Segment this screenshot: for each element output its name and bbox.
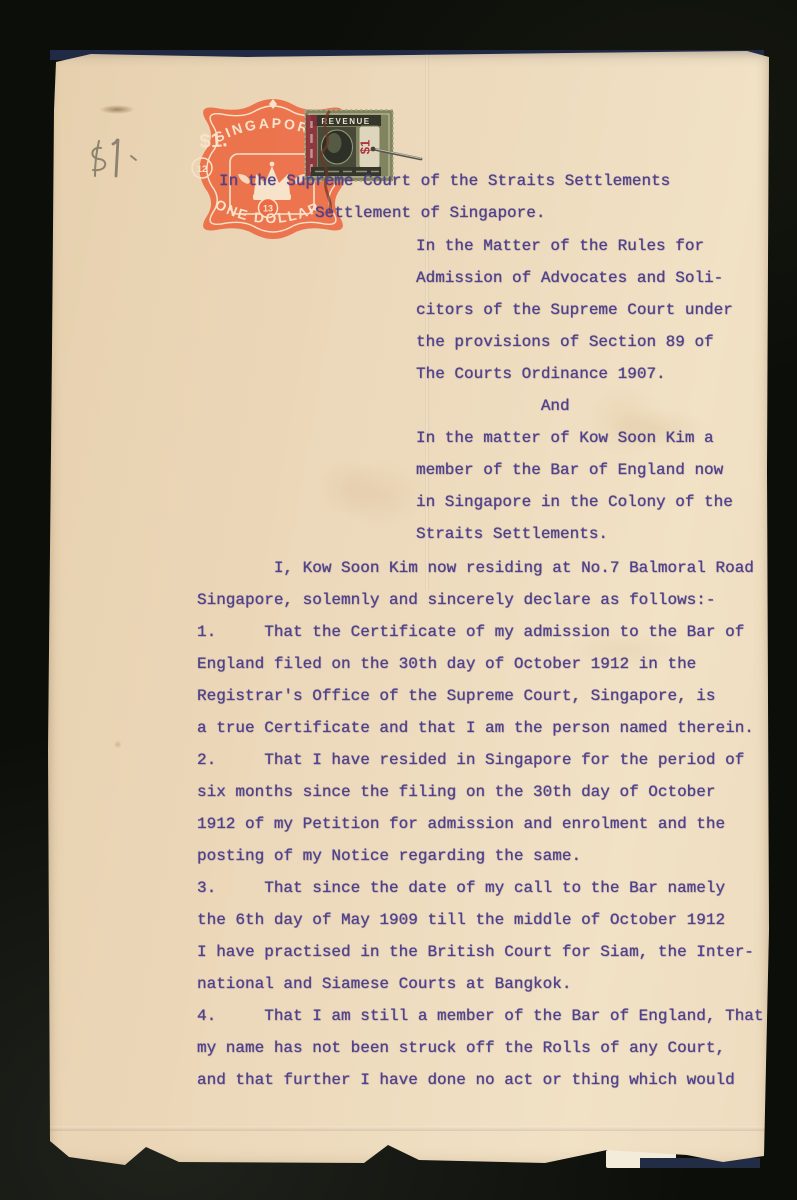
typewritten-line: and that further I have done no act or t… xyxy=(197,1064,764,1096)
typewritten-line: posting of my Notice regarding the same. xyxy=(197,840,764,872)
stain xyxy=(337,460,427,530)
typewritten-line: The Courts Ordinance 1907. xyxy=(416,358,733,390)
backing-sheet-edge-bottom xyxy=(640,1158,760,1168)
typewritten-line: Registrar's Office of the Supreme Court,… xyxy=(197,680,764,712)
typewritten-line: 3. That since the date of my call to the… xyxy=(197,872,764,904)
typewritten-line: In the Supreme Court of the Straits Sett… xyxy=(219,165,670,197)
typewritten-line: 2. That I have resided in Singapore for … xyxy=(197,744,764,776)
document-page: SINGAPORE $1. 12 13 ONE DOLLAR xyxy=(47,50,769,1172)
declaration-body: I, Kow Soon Kim now residing at No.7 Bal… xyxy=(197,552,764,1096)
fold-crease-horizontal xyxy=(47,1126,769,1131)
typewritten-line: And xyxy=(416,390,733,422)
svg-text:12: 12 xyxy=(197,164,208,175)
typewritten-line: In the Matter of the Rules for xyxy=(416,230,733,262)
typewritten-line: national and Siamese Courts at Bangkok. xyxy=(197,968,764,1000)
typewritten-line: In the matter of Kow Soon Kim a xyxy=(416,422,733,454)
typewritten-line: member of the Bar of England now xyxy=(416,454,733,486)
typewritten-line: Admission of Advocates and Soli- xyxy=(416,262,733,294)
typewritten-line: Straits Settlements. xyxy=(416,518,733,550)
typewritten-line: in Singapore in the Colony of the xyxy=(416,486,733,518)
stain xyxy=(99,105,135,114)
revenue-value: $1 xyxy=(358,140,373,154)
typewritten-line: citors of the Supreme Court under xyxy=(416,294,733,326)
pencil-note: $1. xyxy=(83,128,153,192)
typewritten-line: the 6th day of May 1909 till the middle … xyxy=(197,904,764,936)
typewritten-line: the provisions of Section 89 of xyxy=(416,326,733,358)
photo-background: SINGAPORE $1. 12 13 ONE DOLLAR xyxy=(0,0,797,1200)
typewritten-line: 1912 of my Petition for admission and en… xyxy=(197,808,764,840)
matter-recitals: In the Matter of the Rules forAdmission … xyxy=(416,230,733,550)
court-header: In the Supreme Court of the Straits Sett… xyxy=(219,165,670,229)
typewritten-line: Settlement of Singapore. xyxy=(219,197,670,229)
typewritten-line: I, Kow Soon Kim now residing at No.7 Bal… xyxy=(197,552,764,584)
typewritten-line: my name has not been struck off the Roll… xyxy=(197,1032,764,1064)
typewritten-line: 1. That the Certificate of my admission … xyxy=(197,616,764,648)
typewritten-line: six months since the filing on the 30th … xyxy=(197,776,764,808)
typewritten-line: 4. That I am still a member of the Bar o… xyxy=(197,1000,764,1032)
typewritten-line: a true Certificate and that I am the per… xyxy=(197,712,764,744)
revenue-label: REVENUE xyxy=(321,117,370,126)
stamp-value: $1. xyxy=(199,129,228,153)
typewritten-line: I have practised in the British Court fo… xyxy=(197,936,764,968)
typewritten-line: England filed on the 30th day of October… xyxy=(197,648,764,680)
typewritten-line: Singapore, solemnly and sincerely declar… xyxy=(197,584,764,616)
